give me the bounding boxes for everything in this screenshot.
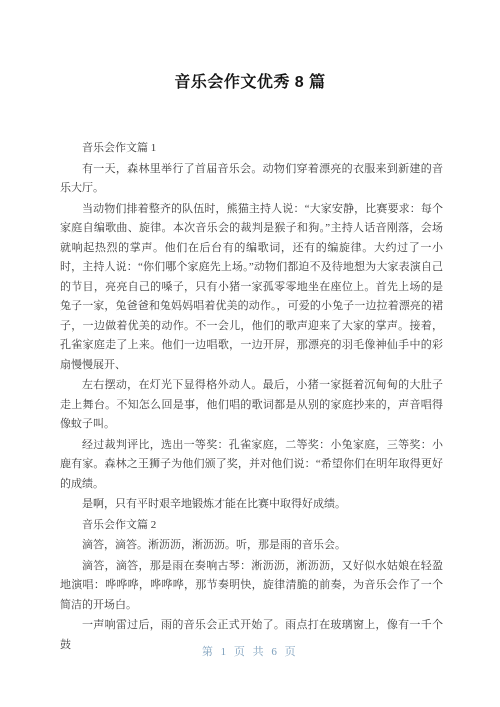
paragraph-essay2-prelude: 滴答，滴答，那是雨在奏响古琴：淅沥沥，淅沥沥，又好似水姑娘在轻盈地演唱：哗哗哗，… [60,557,443,616]
document-body: 音乐会作文篇 1 有一天，森林里举行了首届音乐会。动物们穿着漂亮的衣服来到新建的… [0,139,500,655]
paragraph-essay1-moral: 是啊，只有平时艰辛地锻炼才能在比赛中取得好成绩。 [60,495,443,515]
document-title: 音乐会作文优秀 8 篇 [0,0,500,93]
paragraph-essay1-performance: 当动物们排着整齐的队伍时，熊猫主持人说：“大家安静，比赛要求：每个家庭自编歌曲、… [60,200,443,376]
paragraph-essay2-intro: 滴答，滴答。淅沥沥，淅沥沥。听，那是雨的音乐会。 [60,536,443,556]
paragraph-essay1-intro: 有一天，森林里举行了首届音乐会。动物们穿着漂亮的衣服来到新建的音乐大厅。 [60,160,443,199]
section-heading-essay-1: 音乐会作文篇 1 [60,139,443,159]
document-page: 音乐会作文优秀 8 篇 音乐会作文篇 1 有一天，森林里举行了首届音乐会。动物们… [0,0,500,707]
paragraph-essay1-awards: 经过裁判评比，选出一等奖：孔雀家庭，二等奖：小兔家庭，三等奖：小鹿有家。森林之王… [60,436,443,495]
section-heading-essay-2: 音乐会作文篇 2 [60,516,443,536]
page-number-indicator: 第 1 页 共 6 页 [0,643,500,659]
paragraph-essay1-pig-family: 左右摆动，在灯光下显得格外动人。最后，小猪一家挺着沉甸甸的大肚子走上舞台。不知怎… [60,376,443,435]
